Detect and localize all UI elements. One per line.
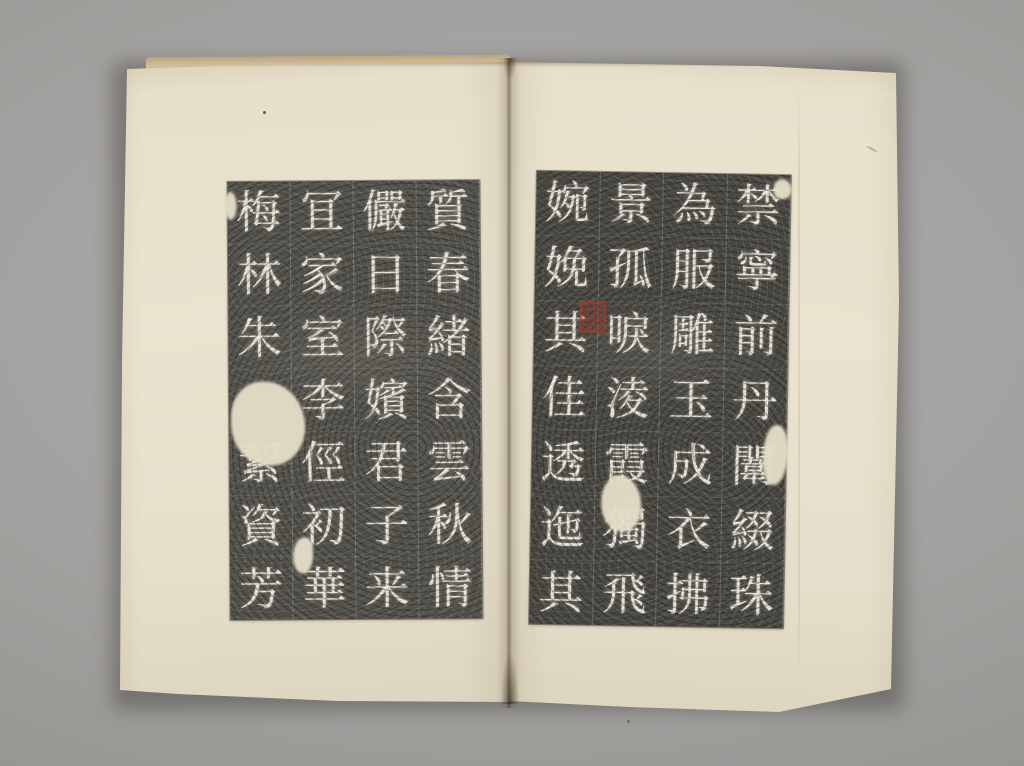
album-page-right: 禁寧前丹闈綴珠為服雕玉成衣拂景孤唳淩霞獨飛婉娩其佳透迤其	[509, 62, 899, 713]
gutter-shadow-bottom	[501, 652, 519, 704]
rubbing-character: 際	[354, 305, 416, 368]
rubbing-character: 室	[291, 305, 353, 368]
collector-seal-stamp	[579, 302, 606, 333]
book-gutter	[497, 58, 521, 708]
rubbing-character: 成	[658, 431, 722, 497]
rubbing-column: 景孤唳淩霞獨飛	[593, 172, 664, 626]
rubbing-block-left: 質春緒含雲秋情儼日際嬪君子来冝家室李俓初華梅林朱絜資芳	[227, 180, 482, 620]
rubbing-character: 秋	[419, 493, 481, 556]
paper-damage-spot	[774, 179, 792, 199]
rubbing-character: 衣	[657, 496, 721, 562]
paper-damage-spot	[225, 192, 237, 220]
rubbing-character: 服	[662, 237, 726, 303]
rubbing-character: 珠	[720, 562, 784, 628]
album-page-left: 質春緒含雲秋情儼日際嬪君子来冝家室李俓初華梅林朱絜資芳	[118, 62, 509, 703]
rubbing-character: 嬪	[355, 368, 417, 431]
rubbing-character: 緒	[417, 305, 479, 368]
paper-speck	[866, 145, 878, 152]
page-crease	[798, 82, 800, 682]
rubbing-character: 迤	[530, 494, 594, 560]
rubbing-character: 資	[230, 494, 292, 557]
rubbing-column: 儼日際嬪君子来	[353, 181, 419, 619]
paper-speck	[263, 111, 266, 114]
rubbing-character: 其	[529, 559, 593, 625]
rubbing-column: 婉娩其佳透迤其	[529, 171, 600, 625]
rubbing-column: 質春緒含雲秋情	[416, 180, 482, 618]
rubbing-character: 飛	[593, 560, 657, 626]
rubbing-character: 梅	[227, 181, 289, 243]
rubbing-character: 林	[228, 243, 290, 306]
rubbing-character: 朱	[228, 306, 290, 369]
rubbing-character: 透	[531, 429, 595, 495]
rubbing-character: 前	[724, 303, 788, 369]
rubbing-character: 雕	[661, 302, 725, 368]
rubbing-character: 日	[354, 242, 416, 305]
rubbing-character: 家	[291, 243, 353, 306]
rubbing-character: 来	[356, 556, 418, 619]
gutter-shadow-top	[503, 58, 517, 80]
rubbing-character: 質	[416, 180, 478, 242]
rubbing-character: 玉	[659, 367, 723, 433]
rubbing-character: 娩	[535, 235, 599, 301]
rubbing-character: 春	[417, 242, 479, 305]
rubbing-character: 君	[355, 430, 417, 493]
rubbing-character: 芳	[230, 557, 292, 620]
rubbing-block-right: 禁寧前丹闈綴珠為服雕玉成衣拂景孤唳淩霞獨飛婉娩其佳透迤其	[529, 171, 791, 628]
photo-background: 質春緒含雲秋情儼日際嬪君子来冝家室李俓初華梅林朱絜資芳 禁寧前丹闈綴珠為服雕玉成…	[0, 0, 1024, 766]
rubbing-character: 為	[663, 173, 727, 238]
rubbing-character: 雲	[418, 430, 480, 493]
rubbing-character: 丹	[723, 368, 787, 434]
rubbing-character: 寧	[725, 238, 789, 304]
rubbing-character: 孤	[598, 236, 662, 302]
rubbing-column: 為服雕玉成衣拂	[656, 173, 727, 627]
rubbing-character: 冝	[290, 181, 352, 243]
rubbing-character: 子	[356, 493, 418, 556]
rubbing-character: 唳	[597, 301, 661, 367]
paper-damage-spot	[293, 537, 313, 573]
rubbing-character: 佳	[532, 364, 596, 430]
rubbing-character: 景	[599, 172, 663, 237]
dust-speck	[627, 720, 630, 723]
rubbing-character: 拂	[656, 561, 720, 627]
rubbing-column: 禁寧前丹闈綴珠	[720, 174, 791, 628]
rubbing-character: 含	[418, 367, 480, 430]
rubbing-character: 綴	[721, 497, 785, 563]
rubbing-character: 儼	[353, 181, 415, 243]
rubbing-character: 情	[419, 555, 481, 618]
rubbing-character: 淩	[596, 365, 660, 431]
rubbing-character: 婉	[536, 171, 600, 236]
